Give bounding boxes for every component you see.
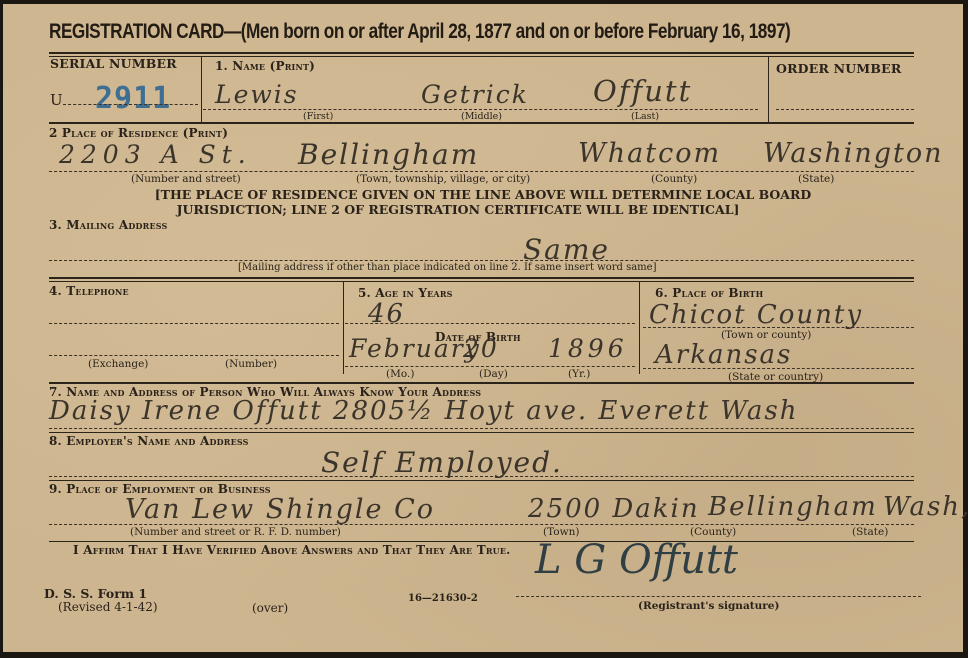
employment-state: Wash,	[883, 492, 968, 522]
card-title: REGISTRATION CARD—(Men born on or after …	[49, 20, 790, 44]
middle-caption: (Middle)	[461, 111, 502, 122]
town-caption: (Town, township, village, or city)	[356, 173, 530, 185]
number-caption: (Number)	[225, 358, 277, 370]
residence-label: 2 Place of Residence (Print)	[49, 126, 228, 140]
order-number-line	[776, 109, 914, 110]
serial-prefix: U	[50, 91, 63, 109]
form-revised: (Revised 4-1-42)	[58, 600, 158, 614]
employment-state-caption: (State)	[852, 526, 888, 538]
dob-year: 1896	[548, 334, 628, 363]
age-value: 46	[368, 299, 405, 329]
birth-town: Chicot County	[649, 300, 863, 330]
last-caption: (Last)	[631, 111, 659, 122]
contact-line	[49, 428, 914, 429]
year-caption: (Yr.)	[568, 368, 590, 380]
day-caption: (Day)	[479, 368, 508, 380]
divider	[49, 277, 914, 279]
residence-notice-line1: [THE PLACE OF RESIDENCE GIVEN ON THE LIN…	[103, 187, 863, 202]
order-number-label: ORDER NUMBER	[776, 61, 901, 76]
divider	[49, 281, 914, 282]
divider	[49, 56, 914, 57]
employment-street: Van Lew Shingle Co	[125, 494, 435, 525]
name-label: 1. Name (Print)	[215, 59, 315, 73]
exchange-caption: (Exchange)	[88, 358, 148, 370]
employer-label: 8. Employer's Name and Address	[49, 434, 249, 448]
serial-number-label: SERIAL NUMBER	[50, 56, 177, 71]
divider	[49, 432, 914, 433]
name-middle: Getrick	[421, 80, 529, 109]
serial-number-value: 2911	[95, 81, 171, 116]
over-note: (over)	[252, 601, 288, 615]
employment-street-caption: (Number and street or R. F. D. number)	[130, 526, 341, 538]
divider	[639, 282, 640, 374]
mailing-address-label: 3. Mailing Address	[49, 218, 168, 232]
divider	[49, 52, 914, 54]
contact-person-value: Daisy Irene Offutt 2805½ Hoyt ave. Evere…	[49, 396, 798, 426]
form-name: D. S. S. Form 1	[44, 586, 147, 601]
first-caption: (First)	[303, 111, 333, 122]
divider	[768, 56, 769, 122]
age-line	[345, 323, 635, 324]
birth-state: Arkansas	[655, 340, 792, 370]
divider	[49, 122, 914, 124]
residence-notice-line2: JURISDICTION; LINE 2 OF REGISTRATION CER…	[103, 202, 813, 217]
name-dashed-line	[203, 109, 758, 110]
residence-dashed-line	[49, 171, 914, 172]
employer-line	[49, 476, 914, 477]
divider	[201, 56, 202, 122]
dob-day: 20	[463, 334, 499, 363]
divider	[49, 382, 914, 384]
registrant-signature: L G Offutt	[535, 537, 738, 583]
residence-county: Whatcom	[578, 138, 721, 169]
age-label: 5. Age in Years	[358, 286, 453, 300]
telephone-line-1	[49, 323, 339, 324]
month-caption: (Mo.)	[386, 368, 414, 380]
county-caption: (County)	[651, 173, 697, 185]
signature-line	[516, 596, 921, 597]
divider	[343, 282, 344, 374]
print-code: 16—21630-2	[408, 593, 478, 604]
state-caption: (State)	[798, 173, 834, 185]
residence-street: 2203 A St.	[59, 140, 252, 169]
affirmation-text: I Affirm That I Have Verified Above Answ…	[73, 543, 511, 557]
registration-card: REGISTRATION CARD—(Men born on or after …	[3, 4, 963, 652]
name-last: Offutt	[593, 74, 692, 108]
name-first: Lewis	[215, 80, 299, 109]
dob-line	[345, 366, 635, 367]
divider	[49, 541, 914, 542]
residence-town: Bellingham	[298, 138, 479, 171]
telephone-label: 4. Telephone	[49, 284, 129, 298]
divider	[49, 480, 914, 481]
employment-county: Bellingham	[708, 492, 878, 522]
serial-dashed-line	[63, 104, 198, 105]
residence-state: Washington	[763, 138, 944, 169]
place-of-birth-label: 6. Place of Birth	[655, 286, 763, 300]
street-caption: (Number and street)	[131, 173, 241, 185]
signature-caption: (Registrant's signature)	[638, 600, 779, 612]
employer-value: Self Employed.	[321, 446, 563, 479]
mailing-dashed-line	[49, 260, 914, 261]
employment-town: 2500 Dakin	[528, 494, 700, 524]
mailing-caption: [Mailing address if other than place ind…	[238, 262, 656, 273]
employment-line	[49, 524, 914, 525]
birth-town-line	[643, 327, 914, 328]
dob-month: February	[349, 334, 481, 363]
birth-state-line	[643, 368, 914, 369]
telephone-line-2	[49, 355, 339, 356]
